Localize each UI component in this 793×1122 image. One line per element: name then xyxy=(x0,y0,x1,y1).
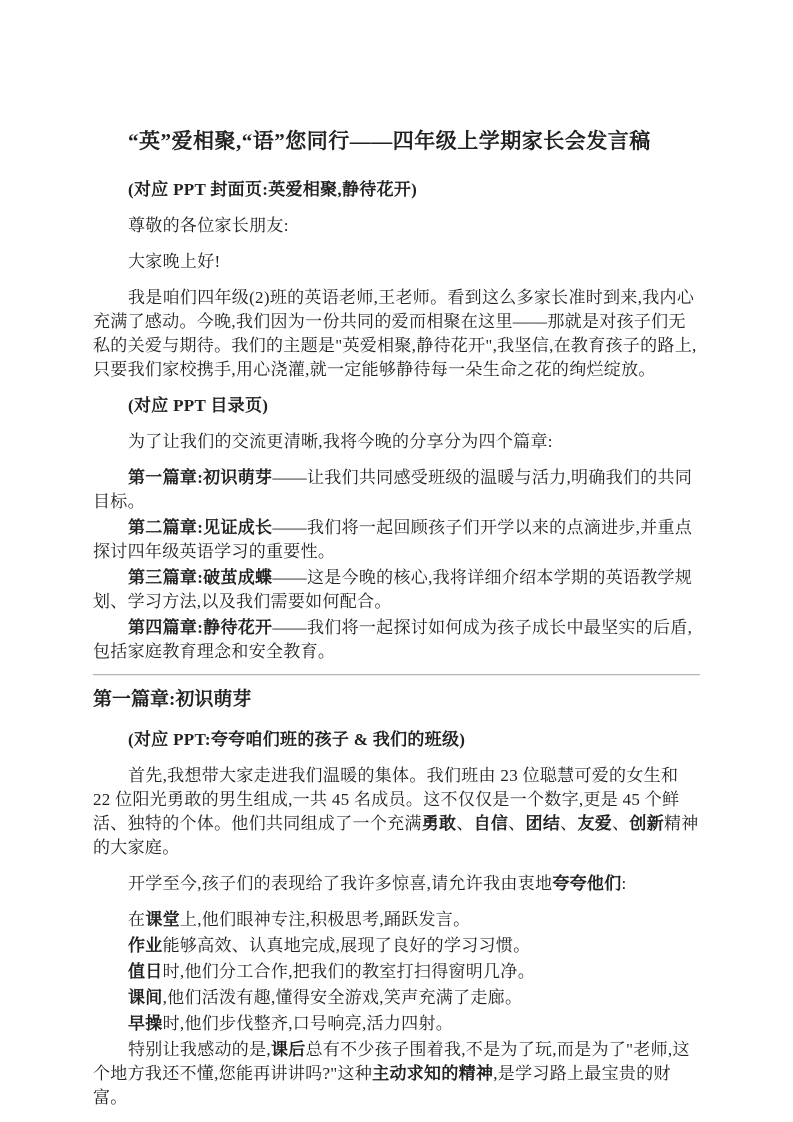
chapter-item-1: 第一篇章:初识萌芽——让我们共同感受班级的温暖与活力,明确我们的共同目标。 xyxy=(93,466,700,514)
text-run: 为了让我们的交流更清晰,我将今晚的分享分为四个篇章: xyxy=(128,432,553,451)
praise-item-exercise: 早操时,他们步伐整齐,口号响亮,活力四射。 xyxy=(93,1012,700,1036)
text-run: (对应 PPT 目录页) xyxy=(128,396,268,415)
praise-intro: 开学至今,孩子们的表现给了我许多惊喜,请允许我由衷地夸夸他们: xyxy=(93,872,700,896)
text-run: 早操 xyxy=(128,1014,163,1033)
greeting: 大家晚上好! xyxy=(93,250,700,274)
text-run: (对应 PPT 封面页:英爱相聚,静待花开) xyxy=(128,180,417,199)
text-run: ,他们活泼有趣,懂得安全游戏,笑声充满了走廊。 xyxy=(163,988,523,1007)
text-run: 作业 xyxy=(128,936,163,955)
chapter-item-4: 第四篇章:静待花开——我们将一起探讨如何成为孩子成长中最坚实的后盾,包括家庭教育… xyxy=(93,616,700,664)
text-run: 尊敬的各位家长朋友: xyxy=(128,216,289,235)
praise-item-classroom: 在课堂上,他们眼神专注,积极思考,踊跃发言。 xyxy=(93,908,700,932)
text-run: 上,他们眼神专注,积极思考,踊跃发言。 xyxy=(180,910,470,929)
text-run: : xyxy=(622,874,627,893)
text-run: 自信 xyxy=(474,814,509,833)
text-run: 团结 xyxy=(526,814,561,833)
text-run: 大家晚上好! xyxy=(128,252,220,271)
text-run: 开学至今,孩子们的表现给了我许多惊喜,请允许我由衷地 xyxy=(128,874,552,893)
chapter-item-2: 第二篇章:见证成长——我们将一起回顾孩子们开学以来的点滴进步,并重点探讨四年级英… xyxy=(93,516,700,564)
text-run: 能够高效、认真地完成,展现了良好的学习习惯。 xyxy=(163,936,531,955)
chapter-item-3: 第三篇章:破茧成蝶——这是今晚的核心,我将详细介绍本学期的英语教学规划、学习方法… xyxy=(93,566,700,614)
ppt-note-section1: (对应 PPT:夸夸咱们班的孩子 & 我们的班级) xyxy=(93,728,700,752)
agenda-intro: 为了让我们的交流更清晰,我将今晚的分享分为四个篇章: xyxy=(93,430,700,454)
text-run: 第四篇章:静待花开 xyxy=(128,618,272,637)
text-run: 、 xyxy=(456,814,473,833)
section1-heading: 第一篇章:初识萌芽 xyxy=(93,686,700,714)
text-run: 、 xyxy=(508,814,525,833)
section-divider xyxy=(93,674,700,676)
moved-paragraph: 特别让我感动的是,课后总有不少孩子围着我,不是为了玩,而是为了"老师,这个地方我… xyxy=(93,1038,700,1110)
praise-item-duty: 值日时,他们分工合作,把我们的教室打扫得窗明几净。 xyxy=(93,960,700,984)
text-run: 主动求知的精神 xyxy=(372,1064,493,1083)
text-run: 第三篇章:破茧成蝶 xyxy=(128,568,272,587)
text-run: 课后 xyxy=(271,1040,306,1059)
text-run: 勇敢 xyxy=(422,814,457,833)
text-run: 课间 xyxy=(128,988,163,1007)
praise-item-recess: 课间,他们活泼有趣,懂得安全游戏,笑声充满了走廊。 xyxy=(93,986,700,1010)
text-run: 第一篇章:初识萌芽 xyxy=(128,468,272,487)
intro-paragraph: 我是咱们四年级(2)班的英语老师,王老师。看到这么多家长准时到来,我内心充满了感… xyxy=(93,286,700,382)
text-run: 我是咱们四年级(2)班的英语老师,王老师。看到这么多家长准时到来,我内心充满了感… xyxy=(93,288,697,379)
text-run: 创新 xyxy=(629,814,664,833)
ppt-note-cover: (对应 PPT 封面页:英爱相聚,静待花开) xyxy=(93,178,700,202)
text-run: 时,他们分工合作,把我们的教室打扫得窗明几净。 xyxy=(163,962,535,981)
document-page: “英”爱相聚,“语”您同行——四年级上学期家长会发言稿 (对应 PPT 封面页:… xyxy=(0,0,793,1122)
text-run: 夸夸他们 xyxy=(552,874,621,893)
text-run: (对应 PPT:夸夸咱们班的孩子 & 我们的班级) xyxy=(128,730,465,749)
ppt-note-toc: (对应 PPT 目录页) xyxy=(93,394,700,418)
class-description: 首先,我想带大家走进我们温暖的集体。我们班由 23 位聪慧可爱的女生和 22 位… xyxy=(93,764,700,860)
text-run: 、 xyxy=(560,814,577,833)
praise-item-homework: 作业能够高效、认真地完成,展现了良好的学习习惯。 xyxy=(93,934,700,958)
text-run: 特别让我感动的是, xyxy=(128,1040,271,1059)
text-run: 、 xyxy=(612,814,629,833)
document-title: “英”爱相聚,“语”您同行——四年级上学期家长会发言稿 xyxy=(93,126,700,156)
text-run: 时,他们步伐整齐,口号响亮,活力四射。 xyxy=(163,1014,453,1033)
text-run: 友爱 xyxy=(577,814,612,833)
text-run: 课堂 xyxy=(145,910,180,929)
text-run: 值日 xyxy=(128,962,163,981)
text-run: 第二篇章:见证成长 xyxy=(128,518,272,537)
text-run: 在 xyxy=(128,910,145,929)
salutation: 尊敬的各位家长朋友: xyxy=(93,214,700,238)
